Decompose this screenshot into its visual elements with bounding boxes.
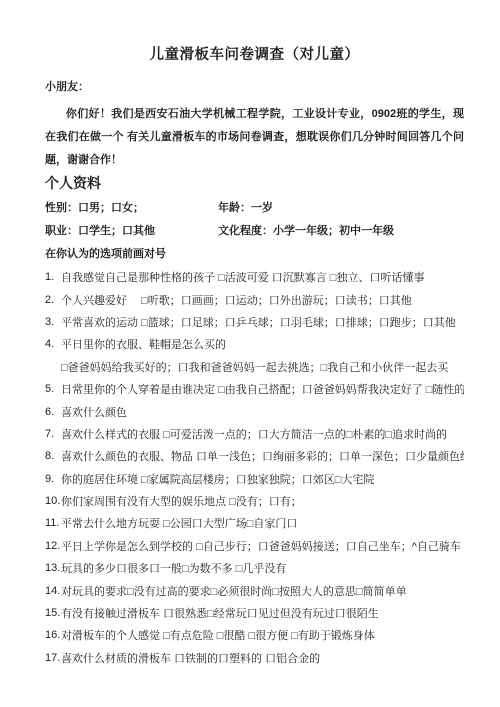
question-text: 喜欢什么颜色的衣服、物品 口单一浅色；口绚丽多彩的；口单一深色；口少量颜色组合搭…: [61, 448, 464, 464]
question-number: 14.: [45, 585, 61, 597]
question-number: 11.: [45, 517, 61, 529]
question-row-7: 7. 喜欢什么样式的衣服 □可爱活泼一点的；口大方简洁一点的□朴素的□追求时尚的: [45, 423, 464, 445]
question-text: 自我感觉自己是那种性格的孩子 □活波可爱 口沉默寡言 □独立、口听话懂事: [61, 269, 464, 285]
question-text: 喜欢什么材质的滑板车 口铁制的口塑料的 口铝合金的: [61, 650, 464, 666]
question-text: 有没有接触过滑板车 口很熟悉□经常玩口见过但没有玩过口很陌生: [61, 605, 464, 621]
question-row-1: 1. 自我感觉自己是那种性格的孩子 □活波可爱 口沉默寡言 □独立、口听话懂事: [45, 266, 464, 288]
question-row-15: 15. 有没有接触过滑板车 口很熟悉□经常玩口见过但没有玩过口很陌生: [45, 602, 464, 624]
page-title: 儿童滑板车问卷调查（对儿童）: [45, 46, 464, 64]
question-number: 4.: [45, 338, 61, 350]
question-text: 平日里你的衣服、鞋帽是怎么买的: [61, 336, 464, 352]
education-field: 文化程度：小学一年级；初中一年级: [218, 222, 394, 238]
question-text: 你们家周围有没有大型的娱乐地点 □没有；口有；: [61, 493, 464, 509]
age-field: 年龄：一岁: [218, 199, 273, 215]
question-number: 3.: [45, 316, 61, 328]
question-row-16: 16. 对滑板车的个人感觉 □有点危险 □很酷 □很方便 □有助于锻炼身体: [45, 624, 464, 646]
question-number: 17.: [45, 652, 61, 664]
gender-field: 性别：口男；口女；: [45, 199, 218, 215]
question-text: 平日上学你是怎么到学校的 □自己步行；口爸爸妈妈接送；口自己坐车；^自己骑车: [61, 538, 464, 554]
question-row-3: 3. 平常喜欢的运动 □篮球；口足球；口乒乓球；口羽毛球；口排球；口跑步；口其他: [45, 311, 464, 333]
question-row-2: 2. 个人兴趣爱好 □听歌；口画画；口运动；口外出游玩；口读书；口其他: [45, 288, 464, 310]
question-row-4: 4. 平日里你的衣服、鞋帽是怎么买的: [45, 333, 464, 355]
question-row-13: 13. 玩具的多少口很多口一般□为数不多 □几乎没有: [45, 557, 464, 579]
question-number: 2.: [45, 294, 61, 306]
question-number: 13.: [45, 562, 61, 574]
question-number: 12.: [45, 540, 61, 552]
question-text: 平常去什么地方玩耍 □公园口大型广场□自家门口: [61, 515, 464, 531]
section-heading-personal-info: 个人资料: [45, 175, 464, 191]
question-row-9: 9. 你的庭居住环境 □家属院高层楼房；口独家独院；口郊区□大宅院: [45, 468, 464, 490]
question-number: 6.: [45, 406, 61, 418]
question-number: 8.: [45, 450, 61, 462]
question-row-12: 12. 平日上学你是怎么到学校的 □自己步行；口爸爸妈妈接送；口自己坐车；^自己…: [45, 535, 464, 557]
question-text: 你的庭居住环境 □家属院高层楼房；口独家独院；口郊区□大宅院: [61, 471, 464, 487]
question-row-6: 6. 喜欢什么颜色: [45, 400, 464, 422]
question-number: 5.: [45, 383, 61, 395]
question-row-11: 11. 平常去什么地方玩耍 □公园口大型广场□自家门口: [45, 512, 464, 534]
question-text: 个人兴趣爱好 □听歌；口画画；口运动；口外出游玩；口读书；口其他: [61, 292, 464, 308]
question-row-17: 17. 喜欢什么材质的滑板车 口铁制的口塑料的 口铝合金的: [45, 647, 464, 669]
question-text: 对滑板车的个人感觉 □有点危险 □很酷 □很方便 □有助于锻炼身体: [61, 627, 464, 643]
question-number: 7.: [45, 428, 61, 440]
question-text: 喜欢什么颜色: [61, 404, 464, 420]
question-text: □爸爸妈妈给我买好的；口我和爸爸妈妈一起去挑选；□我自己和小伙伴一起去买: [61, 359, 464, 375]
question-list: 1. 自我感觉自己是那种性格的孩子 □活波可爱 口沉默寡言 □独立、口听话懂事 …: [45, 266, 464, 669]
question-number: 15.: [45, 607, 61, 619]
intro-paragraph: 你们好！我们是西安石油大学机械工程学院，工业设计专业，0902班的学生，现在我们…: [45, 103, 464, 172]
question-row-10: 10. 你们家周围有没有大型的娱乐地点 □没有；口有；: [45, 490, 464, 512]
profile-row-occupation-education: 职业：口学生；口其他 文化程度：小学一年级；初中一年级: [45, 222, 464, 237]
occupation-field: 职业：口学生；口其他: [45, 222, 218, 238]
questionnaire-page: 儿童滑板车问卷调查（对儿童） 小朋友： 你们好！我们是西安石油大学机械工程学院，…: [0, 0, 500, 707]
question-row-14: 14. 对玩具的要求□没有过高的要求□必须很时尚□按照大人的意思□简简单单: [45, 579, 464, 601]
question-number: 16.: [45, 629, 61, 641]
question-number: 1.: [45, 271, 61, 283]
salutation: 小朋友：: [45, 80, 464, 94]
question-number: 9.: [45, 473, 61, 485]
profile-row-gender-age: 性别：口男；口女； 年龄：一岁: [45, 199, 464, 214]
instruction-line: 在你认为的选项前画对号: [45, 248, 464, 261]
question-row-5: 5. 日常里你的个人穿着是由谁决定 □由我自己搭配；口爸爸妈妈帮我决定好了 □随…: [45, 378, 464, 400]
question-text: 对玩具的要求□没有过高的要求□必须很时尚□按照大人的意思□简简单单: [61, 583, 464, 599]
question-text: 喜欢什么样式的衣服 □可爱活泼一点的；口大方简洁一点的□朴素的□追求时尚的: [61, 426, 464, 442]
question-row-4-continuation: □爸爸妈妈给我买好的；口我和爸爸妈妈一起去挑选；□我自己和小伙伴一起去买: [45, 356, 464, 378]
question-number: 10.: [45, 495, 61, 507]
question-text: 平常喜欢的运动 □篮球；口足球；口乒乓球；口羽毛球；口排球；口跑步；口其他: [61, 314, 464, 330]
question-row-8: 8. 喜欢什么颜色的衣服、物品 口单一浅色；口绚丽多彩的；口单一深色；口少量颜色…: [45, 445, 464, 467]
question-text: 日常里你的个人穿着是由谁决定 □由我自己搭配；口爸爸妈妈帮我决定好了 □随性的: [61, 381, 464, 397]
question-text: 玩具的多少口很多口一般□为数不多 □几乎没有: [61, 560, 464, 576]
